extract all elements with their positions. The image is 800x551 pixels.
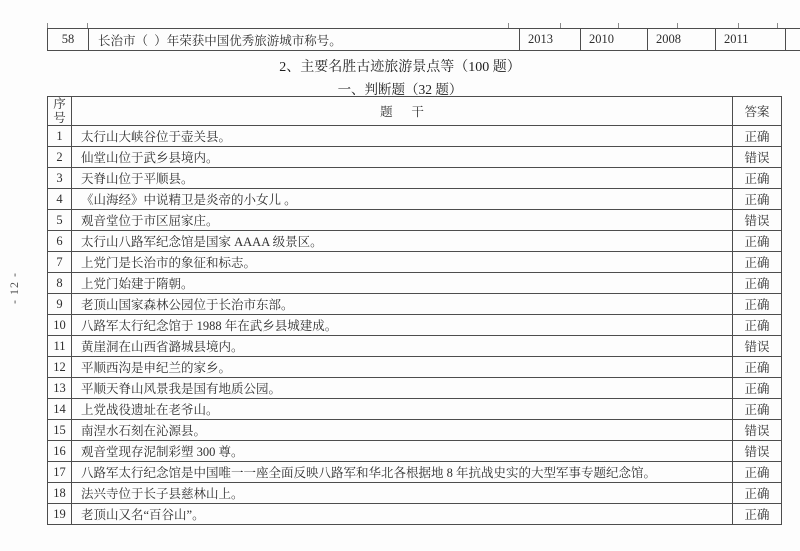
- row-number: 2: [48, 147, 72, 168]
- row-answer: 错误: [733, 336, 782, 357]
- judgment-question-table: 序号 题 干 答案 1 太行山大峡谷位于壶关县。 正确 2 仙堂山位于武乡县境内…: [47, 96, 782, 525]
- column-header-stem: 题 干: [72, 97, 733, 126]
- row-number: 12: [48, 357, 72, 378]
- page-number: - 12 -: [0, 258, 44, 318]
- row-number: 14: [48, 399, 72, 420]
- section-title: 2、主要名胜古迹旅游景点等（100 题）: [0, 56, 800, 76]
- row-answer: 正确: [733, 273, 782, 294]
- column-header-number: 序号: [48, 97, 72, 126]
- table-row: 2 仙堂山位于武乡县境内。 错误: [48, 147, 782, 168]
- row-stem: 南涅水石刻在沁源县。: [72, 420, 733, 441]
- table-row: 12 平顺西沟是申纪兰的家乡。 正确: [48, 357, 782, 378]
- row-answer: 正确: [733, 378, 782, 399]
- row-number: 5: [48, 210, 72, 231]
- row-answer: 正确: [733, 483, 782, 504]
- row-answer: 正确: [733, 357, 782, 378]
- row-answer: 正确: [733, 168, 782, 189]
- table-row: 17 八路军太行纪念馆是中国唯一一座全面反映八路军和华北各根据地 8 年抗战史实…: [48, 462, 782, 483]
- table-row: 11 黄崖洞在山西省潞城县境内。 错误: [48, 336, 782, 357]
- row-number: 15: [48, 420, 72, 441]
- row-stem: 太行山八路军纪念馆是国家 AAAA 级景区。: [72, 231, 733, 252]
- row-stem: 平顺西沟是申纪兰的家乡。: [72, 357, 733, 378]
- table-row: 19 老顶山又名“百谷山”。 正确: [48, 504, 782, 525]
- table-body: 1 太行山大峡谷位于壶关县。 正确 2 仙堂山位于武乡县境内。 错误 3 天脊山…: [48, 126, 782, 525]
- row-number: 9: [48, 294, 72, 315]
- table-header-row: 序号 题 干 答案: [48, 97, 782, 126]
- row-number: 16: [48, 441, 72, 462]
- row-number: 1: [48, 126, 72, 147]
- question-number: 58: [48, 29, 89, 51]
- row-answer: 正确: [733, 231, 782, 252]
- table-row: 8 上党门始建于隋朝。 正确: [48, 273, 782, 294]
- row-answer: 正确: [733, 504, 782, 525]
- row-number: 8: [48, 273, 72, 294]
- previous-section-last-row-table: 58 长治市（ ）年荣获中国优秀旅游城市称号。 2013 2010 2008 2…: [47, 28, 800, 51]
- table-row: 7 上党门是长治市的象征和标志。 正确: [48, 252, 782, 273]
- row-answer: 正确: [733, 315, 782, 336]
- table-row: 5 观音堂位于市区屈家庄。 错误: [48, 210, 782, 231]
- row-answer: 错误: [733, 441, 782, 462]
- table-row: 13 平顺天脊山风景我是国有地质公园。 正确: [48, 378, 782, 399]
- table-row: 16 观音堂现存泥制彩塑 300 尊。 错误: [48, 441, 782, 462]
- question-row-58: 58 长治市（ ）年荣获中国优秀旅游城市称号。 2013 2010 2008 2…: [48, 29, 800, 51]
- row-stem: 老顶山又名“百谷山”。: [72, 504, 733, 525]
- table-row: 15 南涅水石刻在沁源县。 错误: [48, 420, 782, 441]
- row-answer: 错误: [733, 147, 782, 168]
- row-stem: 《山海经》中说精卫是炎帝的小女儿 。: [72, 189, 733, 210]
- row-stem: 老顶山国家森林公园位于长治市东部。: [72, 294, 733, 315]
- row-stem: 八路军太行纪念馆是中国唯一一座全面反映八路军和华北各根据地 8 年抗战史实的大型…: [72, 462, 733, 483]
- row-stem: 上党战役遗址在老爷山。: [72, 399, 733, 420]
- row-stem: 法兴寺位于长子县慈林山上。: [72, 483, 733, 504]
- option-b: 2010: [581, 29, 648, 51]
- row-stem: 上党门始建于隋朝。: [72, 273, 733, 294]
- row-answer: 错误: [733, 210, 782, 231]
- row-answer: 正确: [733, 126, 782, 147]
- table-row: 14 上党战役遗址在老爷山。 正确: [48, 399, 782, 420]
- row-stem: 黄崖洞在山西省潞城县境内。: [72, 336, 733, 357]
- row-stem: 天脊山位于平顺县。: [72, 168, 733, 189]
- row-number: 4: [48, 189, 72, 210]
- row-number: 19: [48, 504, 72, 525]
- table-row: 18 法兴寺位于长子县慈林山上。 正确: [48, 483, 782, 504]
- row-number: 6: [48, 231, 72, 252]
- row-number: 13: [48, 378, 72, 399]
- table-row: 1 太行山大峡谷位于壶关县。 正确: [48, 126, 782, 147]
- row-number: 17: [48, 462, 72, 483]
- table-row: 10 八路军太行纪念馆于 1988 年在武乡县城建成。 正确: [48, 315, 782, 336]
- row-stem: 八路军太行纪念馆于 1988 年在武乡县城建成。: [72, 315, 733, 336]
- row-stem: 平顺天脊山风景我是国有地质公园。: [72, 378, 733, 399]
- row-number: 18: [48, 483, 72, 504]
- row-answer: 正确: [733, 462, 782, 483]
- row-answer: 错误: [733, 420, 782, 441]
- row-stem: 观音堂现存泥制彩塑 300 尊。: [72, 441, 733, 462]
- row-answer: 正确: [733, 189, 782, 210]
- row-stem: 太行山大峡谷位于壶关县。: [72, 126, 733, 147]
- question-text: 长治市（ ）年荣获中国优秀旅游城市称号。: [89, 29, 520, 51]
- table-row: 6 太行山八路军纪念馆是国家 AAAA 级景区。 正确: [48, 231, 782, 252]
- option-d: 2011: [716, 29, 786, 51]
- row-stem: 仙堂山位于武乡县境内。: [72, 147, 733, 168]
- row-number: 11: [48, 336, 72, 357]
- row-number: 3: [48, 168, 72, 189]
- row-answer: 正确: [733, 294, 782, 315]
- answer-letter: B: [786, 29, 800, 51]
- row-answer: 正确: [733, 252, 782, 273]
- table-row: 3 天脊山位于平顺县。 正确: [48, 168, 782, 189]
- option-c: 2008: [648, 29, 716, 51]
- row-number: 7: [48, 252, 72, 273]
- option-a: 2013: [520, 29, 581, 51]
- section-subtitle: 一、判断题（32 题）: [0, 78, 800, 98]
- scanned-exam-page: - 12 - 58 长治市（ ）年荣获中国优秀旅游城市称号。 2013 2010…: [0, 0, 800, 551]
- row-answer: 正确: [733, 399, 782, 420]
- row-number: 10: [48, 315, 72, 336]
- row-stem: 观音堂位于市区屈家庄。: [72, 210, 733, 231]
- column-header-answer: 答案: [733, 97, 782, 126]
- row-stem: 上党门是长治市的象征和标志。: [72, 252, 733, 273]
- table-row: 4 《山海经》中说精卫是炎帝的小女儿 。 正确: [48, 189, 782, 210]
- table-row: 9 老顶山国家森林公园位于长治市东部。 正确: [48, 294, 782, 315]
